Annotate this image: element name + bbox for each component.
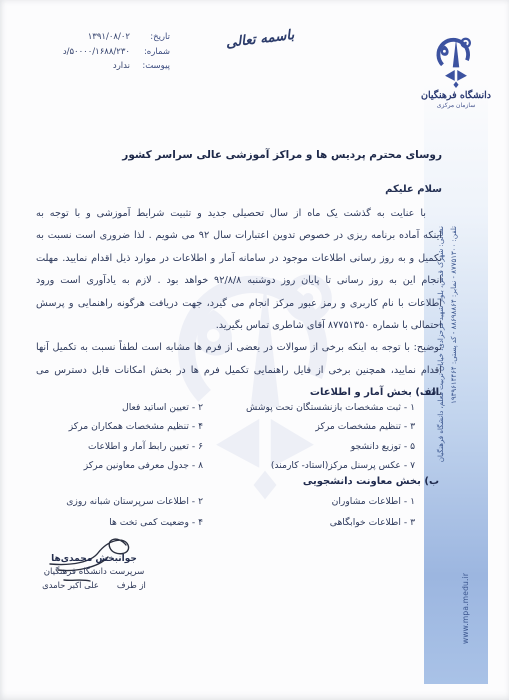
- signer-name: جوانبخش محمدی‌ها: [24, 553, 164, 566]
- attachment-value: ندارد: [113, 59, 130, 74]
- salutation: سلام علیکم: [242, 184, 442, 195]
- signer-title: سرپرست دانشگاه فرهنگیان: [24, 566, 164, 579]
- body-line: اقدام نمایید، همچنین برخی از فایل راهنما…: [36, 360, 442, 382]
- date-value: ۱۳۹۱/۰۸/۰۲: [88, 30, 130, 45]
- on-behalf-line: از طرف علی اکبر حامدی: [24, 579, 164, 592]
- recipient-heading: روسای محترم پردیس ها و مراکز آموزشی عالی…: [62, 149, 442, 161]
- list-item: ۴ - تنظیم مشخصات همکاران مرکز: [7, 421, 203, 440]
- number-label: شماره:: [137, 45, 170, 60]
- body-line: توضیح: با توجه به اینکه برخی از سوالات د…: [36, 337, 442, 359]
- university-logo-block: دانشگاه فرهنگیان سازمان مرکزی: [414, 30, 498, 109]
- website-url: www.mpa.medu.ir: [460, 226, 473, 650]
- phone-fax-line: تلفن: ۸۷۷۵۱۳۰۰ - نمابر: ۸۸۶۹۸۸۶۴ - کد پس…: [448, 226, 461, 650]
- signature-block: جوانبخش محمدی‌ها سرپرست دانشگاه فرهنگیان…: [24, 553, 164, 592]
- body-line: با عنایت به گذشت یک ماه از سال تحصیلی جد…: [36, 203, 442, 225]
- list-item: ۵ - توزیع دانشجو: [203, 441, 415, 460]
- body-line: احتمالی با شماره ۸۷۷۵۱۳۵۰ آقای شاطری تما…: [36, 315, 442, 337]
- body-line: اینکه آماده برنامه ریزی در خصوص تدوین اع…: [36, 225, 442, 247]
- university-name: دانشگاه فرهنگیان: [414, 90, 498, 101]
- attachment-label: پیوست:: [137, 59, 170, 74]
- central-org-name: سازمان مرکزی: [414, 102, 498, 109]
- body-line: اطلاعات با نام کاربری و رمز عبور مرکز ان…: [36, 293, 442, 315]
- scanned-letter-page: نشانی: شهرک قدس، بلوار شهید فرحزادی، خیا…: [0, 0, 509, 700]
- section-b-title: ب) بخش معاونت دانشجویی: [89, 476, 439, 487]
- university-logo-icon: [430, 30, 482, 88]
- number-value: د/۵۰۰۰۰/۱۶۸۸/۲۳۰: [63, 45, 130, 60]
- body-line: انجام این به روز رسانی تا پایان روز دوشن…: [36, 270, 442, 292]
- letter-meta-block: تاریخ: ۱۳۹۱/۰۸/۰۲ شماره: د/۵۰۰۰۰/۱۶۸۸/۲۳…: [18, 30, 170, 74]
- list-item: ۲ - اطلاعات سرپرستان شبانه روزی: [7, 496, 203, 517]
- body-line: تکمیل و به روز رسانی اطلاعات موجود در سا…: [36, 248, 442, 270]
- list-item: ۳ - اطلاعات خوابگاهی: [203, 517, 415, 538]
- list-item: ۳ - تنظیم مشخصات مرکز: [203, 421, 415, 440]
- section-a-list: ۱ - ثبت مشخصات بازنشستگان تحت پوشش ۲ - ت…: [7, 402, 415, 479]
- date-row: تاریخ: ۱۳۹۱/۰۸/۰۲: [18, 30, 170, 45]
- on-behalf-label: از طرف: [117, 579, 146, 592]
- attachment-row: پیوست: ندارد: [18, 59, 170, 74]
- letter-body: با عنایت به گذشت یک ماه از سال تحصیلی جد…: [36, 203, 442, 405]
- date-label: تاریخ:: [137, 30, 170, 45]
- list-item: ۲ - تعیین اساتید فعال: [7, 402, 203, 421]
- on-behalf-name: علی اکبر حامدی: [42, 579, 99, 592]
- basmala-calligraphy: باسمه تعالی: [202, 24, 317, 54]
- list-item: ۶ - تعیین رابط آمار و اطلاعات: [7, 441, 203, 460]
- list-item: ۱ - ثبت مشخصات بازنشستگان تحت پوشش: [203, 402, 415, 421]
- number-row: شماره: د/۵۰۰۰۰/۱۶۸۸/۲۳۰: [18, 45, 170, 60]
- section-a-title: الف) بخش آمار و اطلاعات: [89, 387, 439, 398]
- list-item: ۱ - اطلاعات مشاوران: [203, 496, 415, 517]
